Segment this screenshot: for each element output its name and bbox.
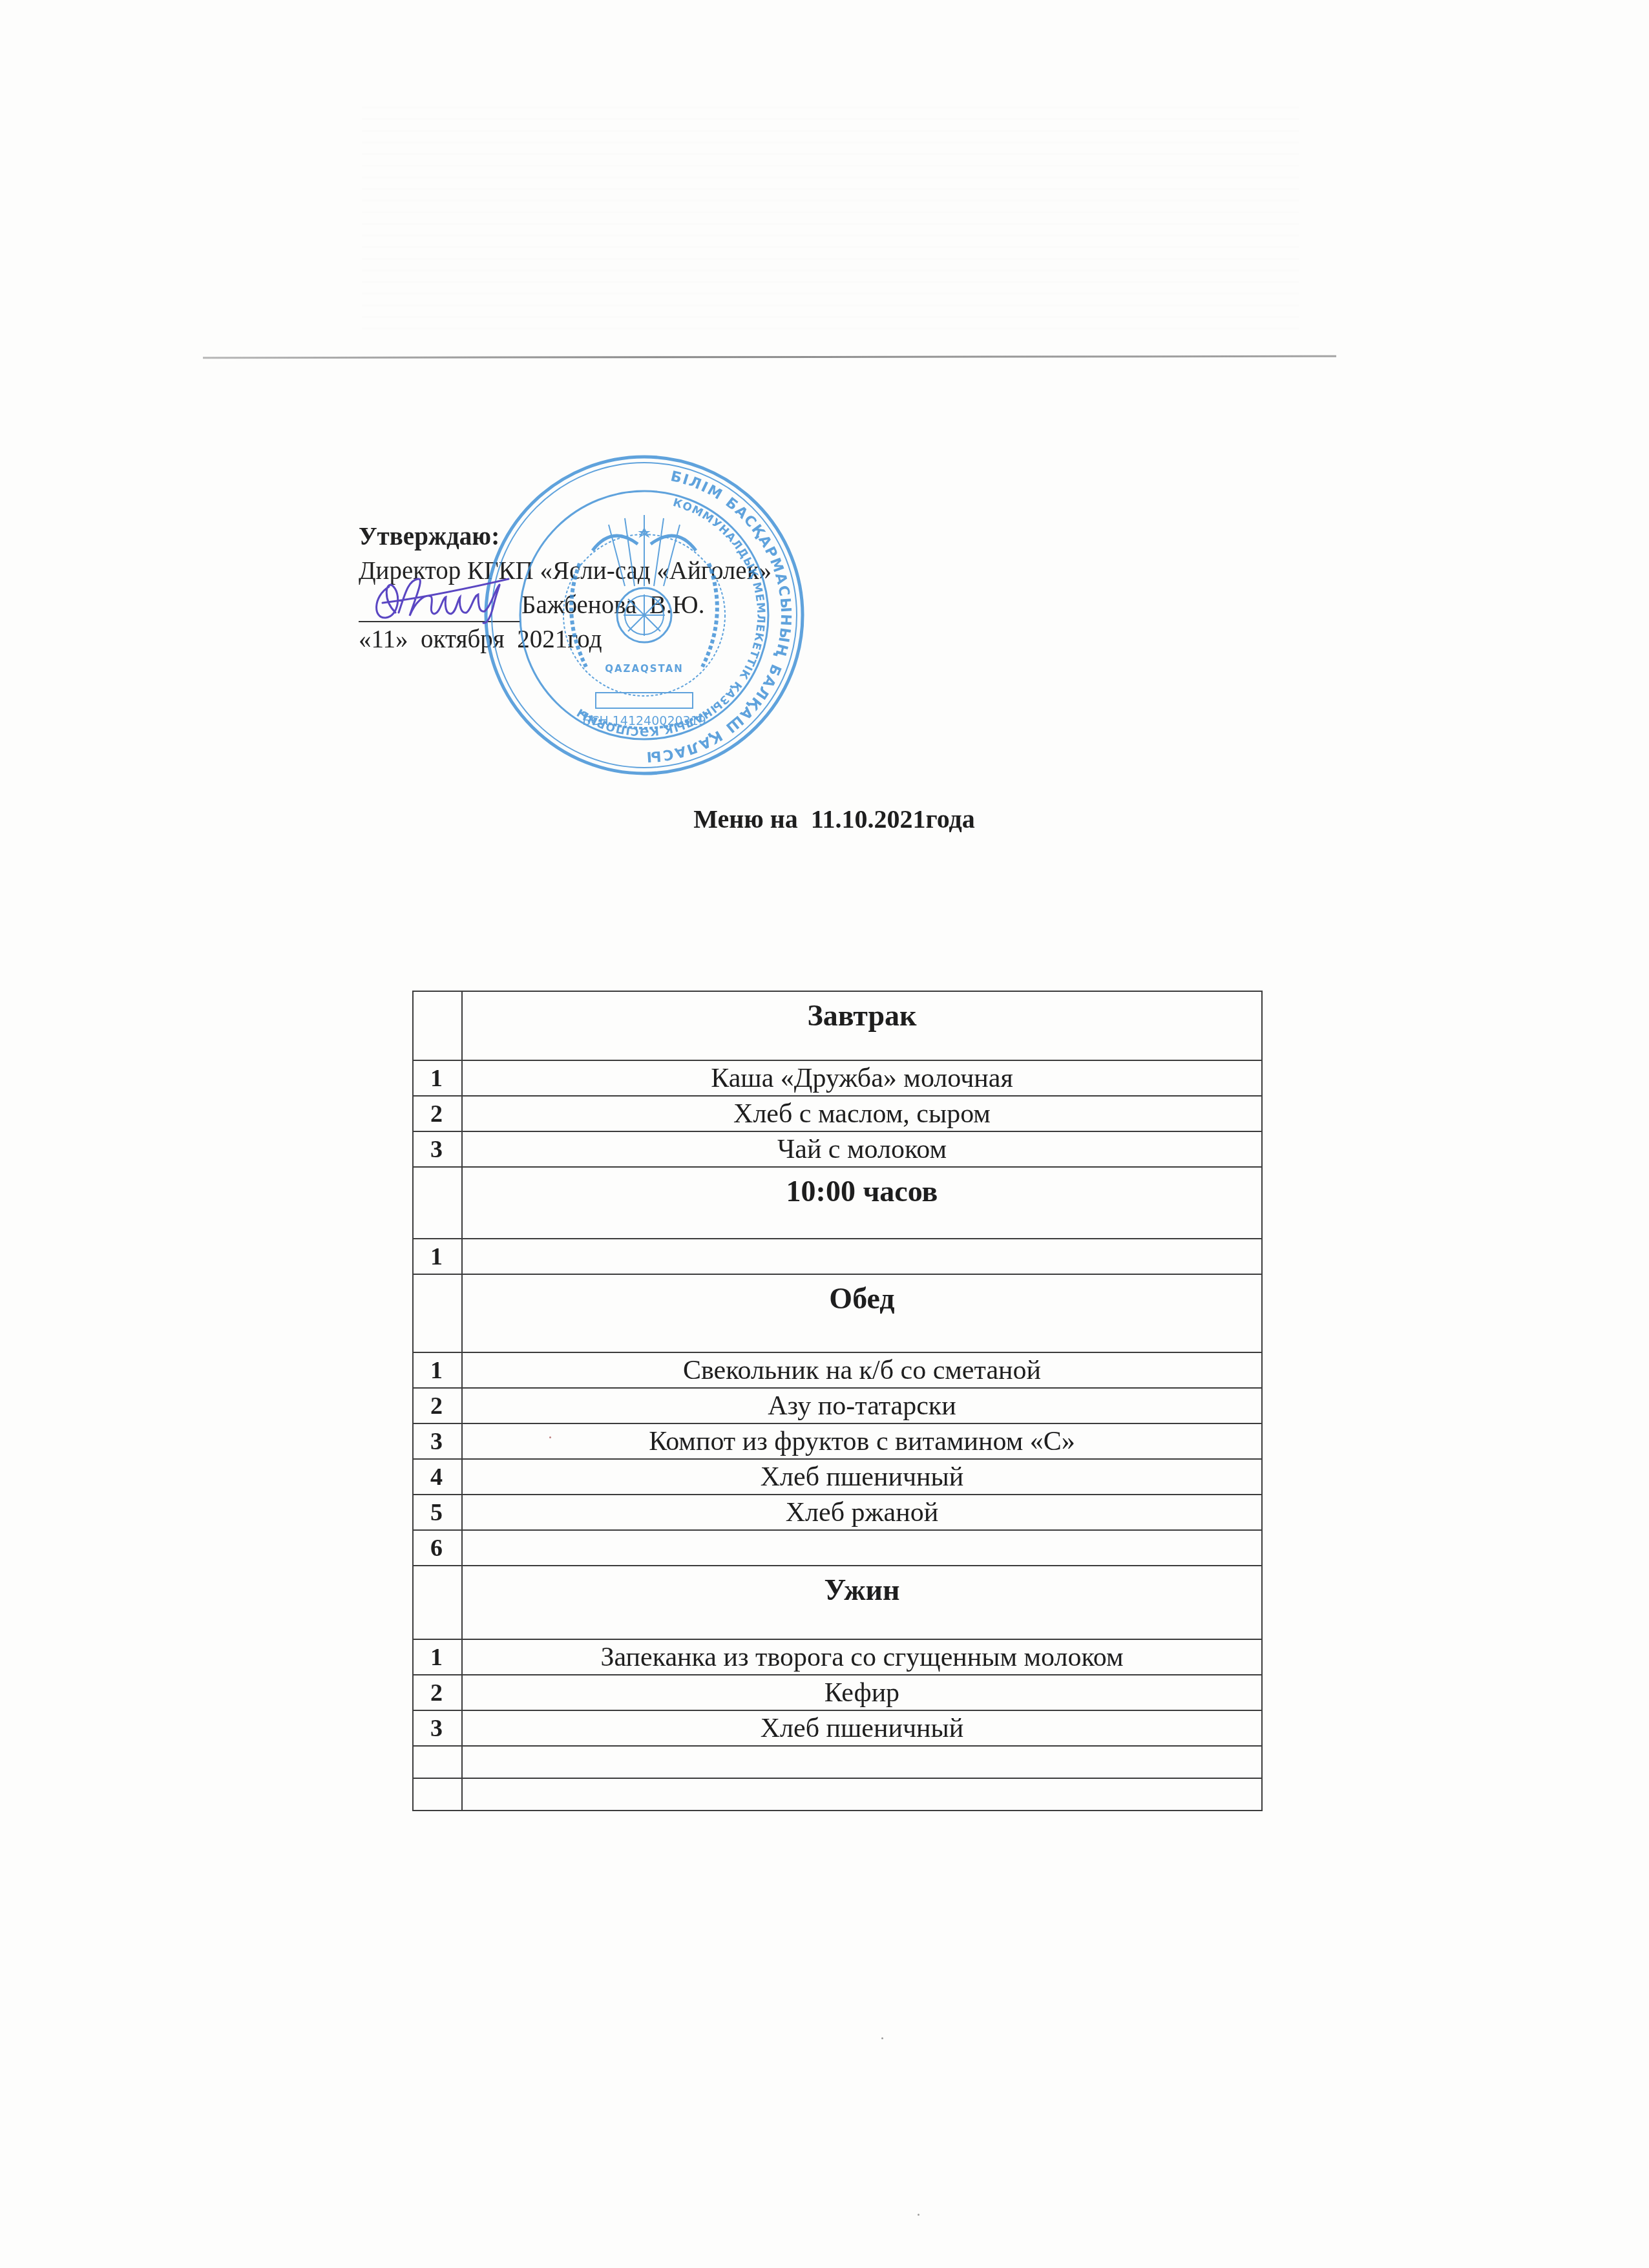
- section-number-cell: [413, 991, 462, 1060]
- section-title: Завтрак: [462, 991, 1262, 1060]
- menu-table: Завтрак1Каша «Дружба» молочная2Хлеб с ма…: [412, 991, 1263, 1811]
- section-title: Обед: [462, 1274, 1262, 1352]
- item-number: 2: [413, 1388, 462, 1423]
- item-number: 5: [413, 1495, 462, 1530]
- section-number-cell: [413, 1566, 462, 1639]
- item-number: 1: [413, 1060, 462, 1096]
- item-number: 6: [413, 1530, 462, 1566]
- section-number-cell: [413, 1167, 462, 1239]
- item-dish: [462, 1239, 1262, 1274]
- header-rule: [203, 355, 1336, 359]
- menu-item-row: 3Чай с молоком: [413, 1131, 1262, 1167]
- item-number: 1: [413, 1352, 462, 1388]
- item-dish: Каша «Дружба» молочная: [462, 1060, 1262, 1096]
- item-number: 3: [413, 1423, 462, 1459]
- item-number: 4: [413, 1459, 462, 1495]
- scan-bleed-through: [362, 97, 1299, 330]
- official-stamp: БІЛІМ БАСҚАРМАСЫНЫҢ БАЛҚАШ ҚАЛАСЫ КОММУН…: [483, 454, 806, 777]
- item-dish: Хлеб пшеничный: [462, 1459, 1262, 1495]
- section-header-row: Обед: [413, 1274, 1262, 1352]
- item-dish: [462, 1746, 1262, 1778]
- stamp-emblem-text: QAZAQSTAN: [605, 663, 684, 675]
- section-title: 10:00 часов: [462, 1167, 1262, 1239]
- item-dish: Кефир: [462, 1675, 1262, 1710]
- menu-item-row: [413, 1778, 1262, 1811]
- scan-speck: [549, 1436, 551, 1438]
- item-number: [413, 1778, 462, 1811]
- menu-item-row: 2Кефир: [413, 1675, 1262, 1710]
- menu-item-row: 5Хлеб ржаной: [413, 1495, 1262, 1530]
- menu-item-row: 1Каша «Дружба» молочная: [413, 1060, 1262, 1096]
- menu-item-row: [413, 1746, 1262, 1778]
- scan-speck: [918, 2214, 919, 2216]
- menu-title: Меню на 11.10.2021года: [0, 804, 1649, 834]
- item-number: 1: [413, 1639, 462, 1675]
- section-header-row: Завтрак: [413, 991, 1262, 1060]
- menu-item-row: 1Свекольник на к/б со сметаной: [413, 1352, 1262, 1388]
- stamp-bin-text: БСН 141240020319: [582, 714, 706, 728]
- item-number: [413, 1746, 462, 1778]
- item-number: 3: [413, 1131, 462, 1167]
- item-dish: Азу по-татарски: [462, 1388, 1262, 1423]
- menu-item-row: 2Хлеб с маслом, сыром: [413, 1096, 1262, 1131]
- menu-item-row: 4Хлеб пшеничный: [413, 1459, 1262, 1495]
- menu-item-row: 3Хлеб пшеничный: [413, 1710, 1262, 1746]
- menu-item-row: 6: [413, 1530, 1262, 1566]
- item-dish: Запеканка из творога со сгущенным молоко…: [462, 1639, 1262, 1675]
- item-number: 2: [413, 1096, 462, 1131]
- item-dish: Компот из фруктов с витамином «С»: [462, 1423, 1262, 1459]
- item-dish: Хлеб ржаной: [462, 1495, 1262, 1530]
- item-dish: Чай с молоком: [462, 1131, 1262, 1167]
- stamp-emblem-icon: БІЛІМ БАСҚАРМАСЫНЫҢ БАЛҚАШ ҚАЛАСЫ КОММУН…: [483, 454, 806, 777]
- section-title: Ужин: [462, 1566, 1262, 1639]
- section-header-row: Ужин: [413, 1566, 1262, 1639]
- item-number: 2: [413, 1675, 462, 1710]
- item-dish: Хлеб пшеничный: [462, 1710, 1262, 1746]
- menu-item-row: 2Азу по-татарски: [413, 1388, 1262, 1423]
- section-number-cell: [413, 1274, 462, 1352]
- item-number: 1: [413, 1239, 462, 1274]
- scan-speck: [881, 2037, 883, 2039]
- signature-scribble-icon: [370, 574, 518, 625]
- item-dish: [462, 1530, 1262, 1566]
- menu-item-row: 3Компот из фруктов с витамином «С»: [413, 1423, 1262, 1459]
- item-dish: [462, 1778, 1262, 1811]
- menu-item-row: 1: [413, 1239, 1262, 1274]
- menu-item-row: 1Запеканка из творога со сгущенным молок…: [413, 1639, 1262, 1675]
- item-dish: Хлеб с маслом, сыром: [462, 1096, 1262, 1131]
- signature: [370, 574, 518, 625]
- item-dish: Свекольник на к/б со сметаной: [462, 1352, 1262, 1388]
- section-header-row: 10:00 часов: [413, 1167, 1262, 1239]
- item-number: 3: [413, 1710, 462, 1746]
